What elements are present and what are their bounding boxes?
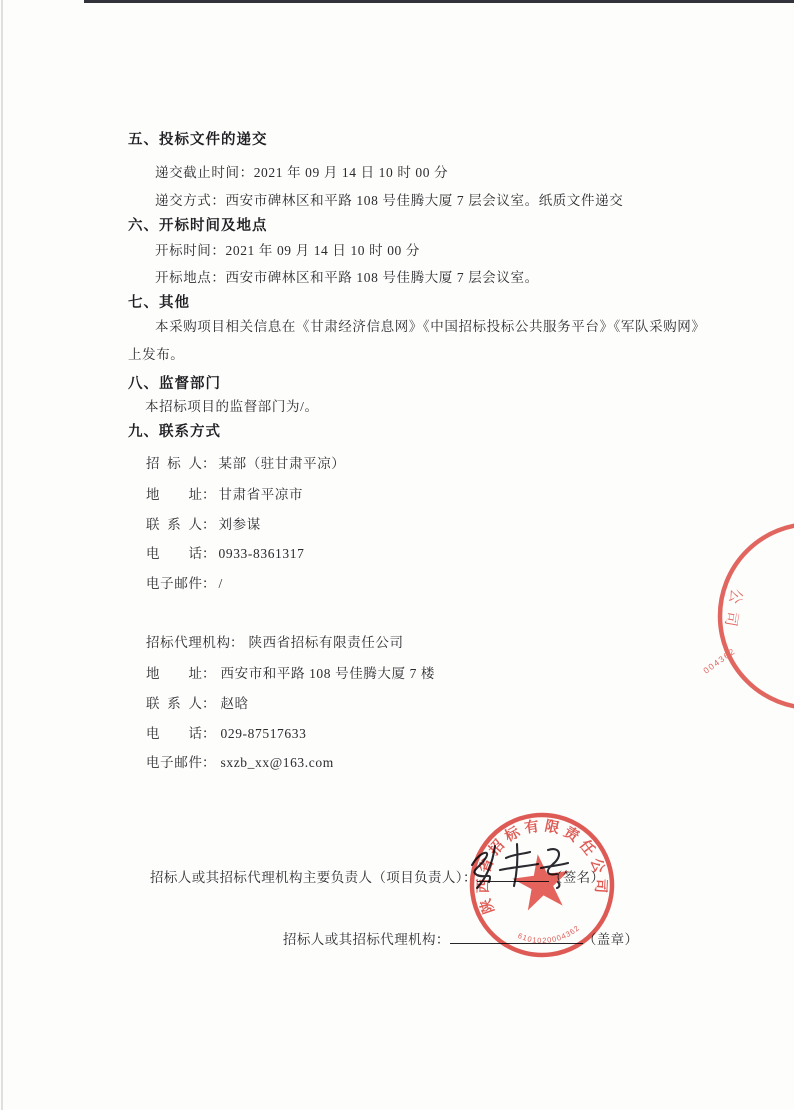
tenderer-contact-value: 刘参谋 xyxy=(219,517,261,532)
tenderer-address-label: 地址 xyxy=(146,483,202,503)
agency-address-label: 地址 xyxy=(146,662,202,682)
agency-row-name: 招标代理机构：陕西省招标有限责任公司 xyxy=(146,631,404,651)
tenderer-name-label: 招标人 xyxy=(146,452,202,472)
scanned-document-page: 五、投标文件的递交 递交截止时间：2021 年 09 月 14 日 10 时 0… xyxy=(0,0,794,1110)
agency-row-email: 电子邮件：sxzb_xx@163.com xyxy=(146,751,334,771)
agency-email-label: 电子邮件 xyxy=(146,751,202,771)
section6-heading: 六、开标时间及地点 xyxy=(128,214,268,235)
colon: ： xyxy=(202,517,216,532)
colon: ： xyxy=(202,726,216,741)
section5-line1: 递交截止时间：2021 年 09 月 14 日 10 时 00 分 xyxy=(155,164,448,182)
section7-heading: 七、其他 xyxy=(128,291,190,312)
tenderer-phone-label: 电话 xyxy=(146,542,202,562)
agency-name-value: 陕西省招标有限责任公司 xyxy=(249,635,404,650)
tenderer-row-name: 招标人：某部（驻甘肃平凉） xyxy=(146,452,345,472)
star-icon xyxy=(509,850,573,912)
tenderer-phone-value: 0933-8361317 xyxy=(219,546,305,561)
colon: ： xyxy=(202,696,216,711)
section5-line2: 递交方式：西安市碑林区和平路 108 号佳腾大厦 7 层会议室。纸质文件递交 xyxy=(155,192,623,210)
section8-line1: 本招标项目的监督部门为/。 xyxy=(145,398,319,416)
section6-line2: 开标地点：西安市碑林区和平路 108 号佳腾大厦 7 层会议室。 xyxy=(155,269,539,287)
colon: ： xyxy=(202,487,216,502)
tenderer-contact-label: 联系人 xyxy=(146,513,202,533)
tenderer-name-value: 某部（驻甘肃平凉） xyxy=(219,456,346,471)
signature-line1-label: 招标人或其招标代理机构主要负责人（项目负责人）： xyxy=(150,870,477,885)
colon: ： xyxy=(230,635,244,650)
tenderer-address-value: 甘肃省平凉市 xyxy=(219,487,304,502)
tenderer-email-value: / xyxy=(219,576,223,591)
scan-edge-artifact-top xyxy=(84,0,794,3)
section7-line1: 本采购项目相关信息在《甘肃经济信息网》《中国招标投标公共服务平台》《军队采购网》 xyxy=(155,318,706,336)
seal-number: 6101020004362 xyxy=(515,923,583,949)
svg-text:6101020004362: 6101020004362 xyxy=(515,923,583,949)
tenderer-row-address: 地址：甘肃省平凉市 xyxy=(146,483,303,503)
colon: ： xyxy=(202,666,216,681)
signature-line2-label: 招标人或其招标代理机构： xyxy=(283,932,450,947)
agency-row-contact: 联系人：赵晗 xyxy=(146,692,249,712)
section5-heading: 五、投标文件的递交 xyxy=(128,128,268,149)
agency-contact-value: 赵晗 xyxy=(221,696,249,711)
section6-line1: 开标时间：2021 年 09 月 14 日 10 时 00 分 xyxy=(155,242,420,260)
agency-contact-label: 联系人 xyxy=(146,692,202,712)
colon: ： xyxy=(202,755,216,770)
colon: ： xyxy=(202,576,216,591)
agency-row-phone: 电话：029-87517633 xyxy=(146,722,306,742)
agency-phone-value: 029-87517633 xyxy=(221,726,307,741)
company-seal-stamp: 陕西省招标有限责任公司 6101020004362 xyxy=(457,800,627,970)
tenderer-row-email: 电子邮件：/ xyxy=(146,572,223,592)
tenderer-row-contact: 联系人：刘参谋 xyxy=(146,513,261,533)
agency-phone-label: 电话 xyxy=(146,722,202,742)
colon: ： xyxy=(202,546,216,561)
scan-edge-artifact-left xyxy=(1,0,3,1110)
agency-name-label: 招标代理机构 xyxy=(146,631,230,651)
colon: ： xyxy=(202,456,216,471)
tenderer-row-phone: 电话：0933-8361317 xyxy=(146,542,304,562)
agency-row-address: 地址：西安市和平路 108 号佳腾大厦 7 楼 xyxy=(146,662,435,682)
section8-heading: 八、监督部门 xyxy=(128,372,221,393)
agency-email-value: sxzb_xx@163.com xyxy=(221,755,334,770)
edge-seal-fragment: 公司 004362 xyxy=(692,512,794,722)
agency-address-value: 西安市和平路 108 号佳腾大厦 7 楼 xyxy=(221,666,436,681)
section7-line2: 上发布。 xyxy=(128,346,184,364)
section9-heading: 九、联系方式 xyxy=(128,420,221,441)
tenderer-email-label: 电子邮件 xyxy=(146,572,202,592)
